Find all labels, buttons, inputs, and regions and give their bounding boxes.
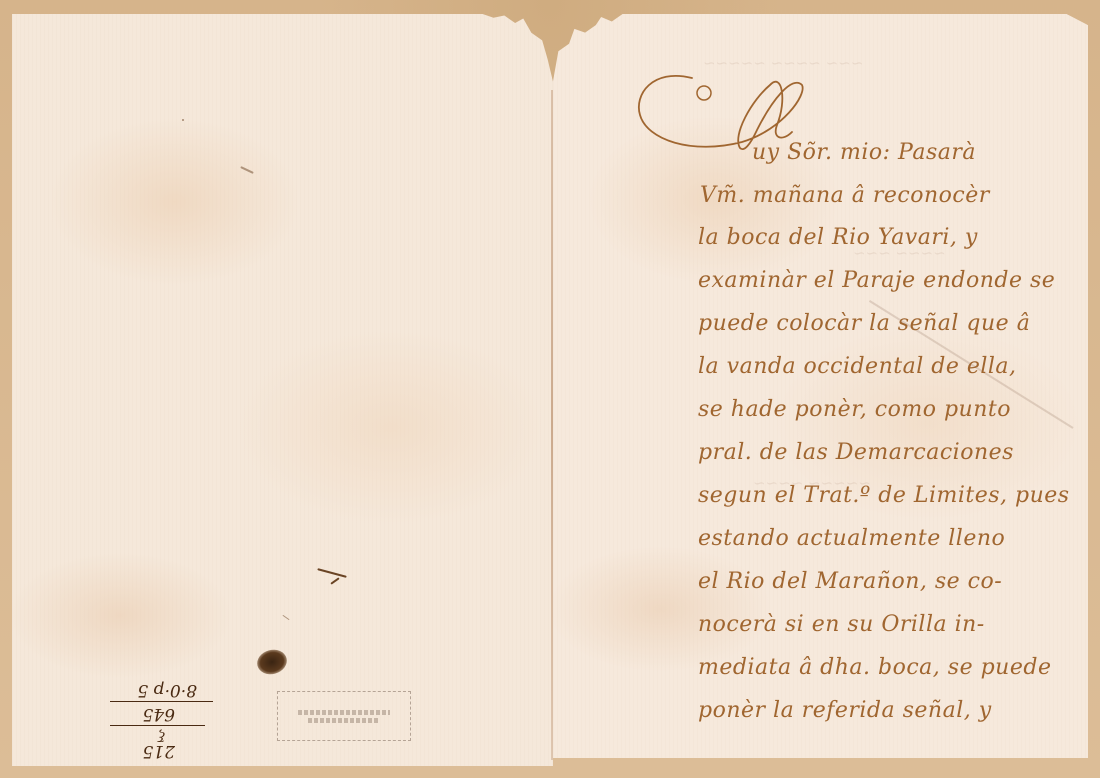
letter-line-6: se hade ponèr, como punto bbox=[698, 397, 1011, 422]
letter-line-1: Vm̃. mañana â reconocèr bbox=[700, 183, 990, 208]
stamp-text-line bbox=[298, 710, 390, 715]
stamp-text-line bbox=[308, 718, 381, 723]
letter-salutation: uy Sõr. mio: Pasarà bbox=[752, 140, 976, 165]
letter-line-7: pral. de las Demarcaciones bbox=[698, 440, 1014, 465]
letter-line-12: mediata â dha. boca, se puede bbox=[698, 655, 1051, 680]
letter-line-5: la vanda occidental de ella, bbox=[698, 354, 1017, 379]
letter-line-8: segun el Trat.º de Limites, pues bbox=[698, 483, 1070, 508]
letter-line-13: ponèr la referida señal, y bbox=[698, 698, 992, 723]
foxing-speck bbox=[240, 166, 254, 174]
center-fold bbox=[551, 90, 553, 760]
letter-line-11: nocerà si en su Orilla in- bbox=[698, 612, 985, 637]
pen-stroke-mark bbox=[330, 577, 339, 584]
left-page bbox=[12, 14, 553, 766]
calculation-notes: 215 ξ 645 8·0·p 5 bbox=[110, 673, 205, 759]
calc-annotation: ξ bbox=[110, 729, 205, 742]
calc-rule bbox=[110, 725, 205, 726]
calc-rule bbox=[110, 701, 213, 702]
calc-line-3: 8·0·p 5 bbox=[110, 681, 205, 698]
letter-line-3: examinàr el Paraje endonde se bbox=[698, 268, 1055, 293]
foxing-speck bbox=[282, 615, 289, 620]
letter-line-4: puede colocàr la señal que â bbox=[698, 311, 1030, 336]
letter-line-2: la boca del Rio Yavari, y bbox=[698, 225, 978, 250]
letter-line-9: estando actualmente lleno bbox=[698, 526, 1005, 551]
pen-stroke-mark bbox=[317, 568, 346, 578]
foxing-speck bbox=[182, 119, 184, 121]
letter-line-10: el Rio del Marañon, se co- bbox=[698, 569, 1002, 594]
calc-line-1: 215 bbox=[110, 742, 205, 759]
calc-line-2: 645 bbox=[110, 705, 205, 722]
archive-stamp bbox=[277, 691, 411, 741]
ink-blot bbox=[254, 647, 289, 678]
